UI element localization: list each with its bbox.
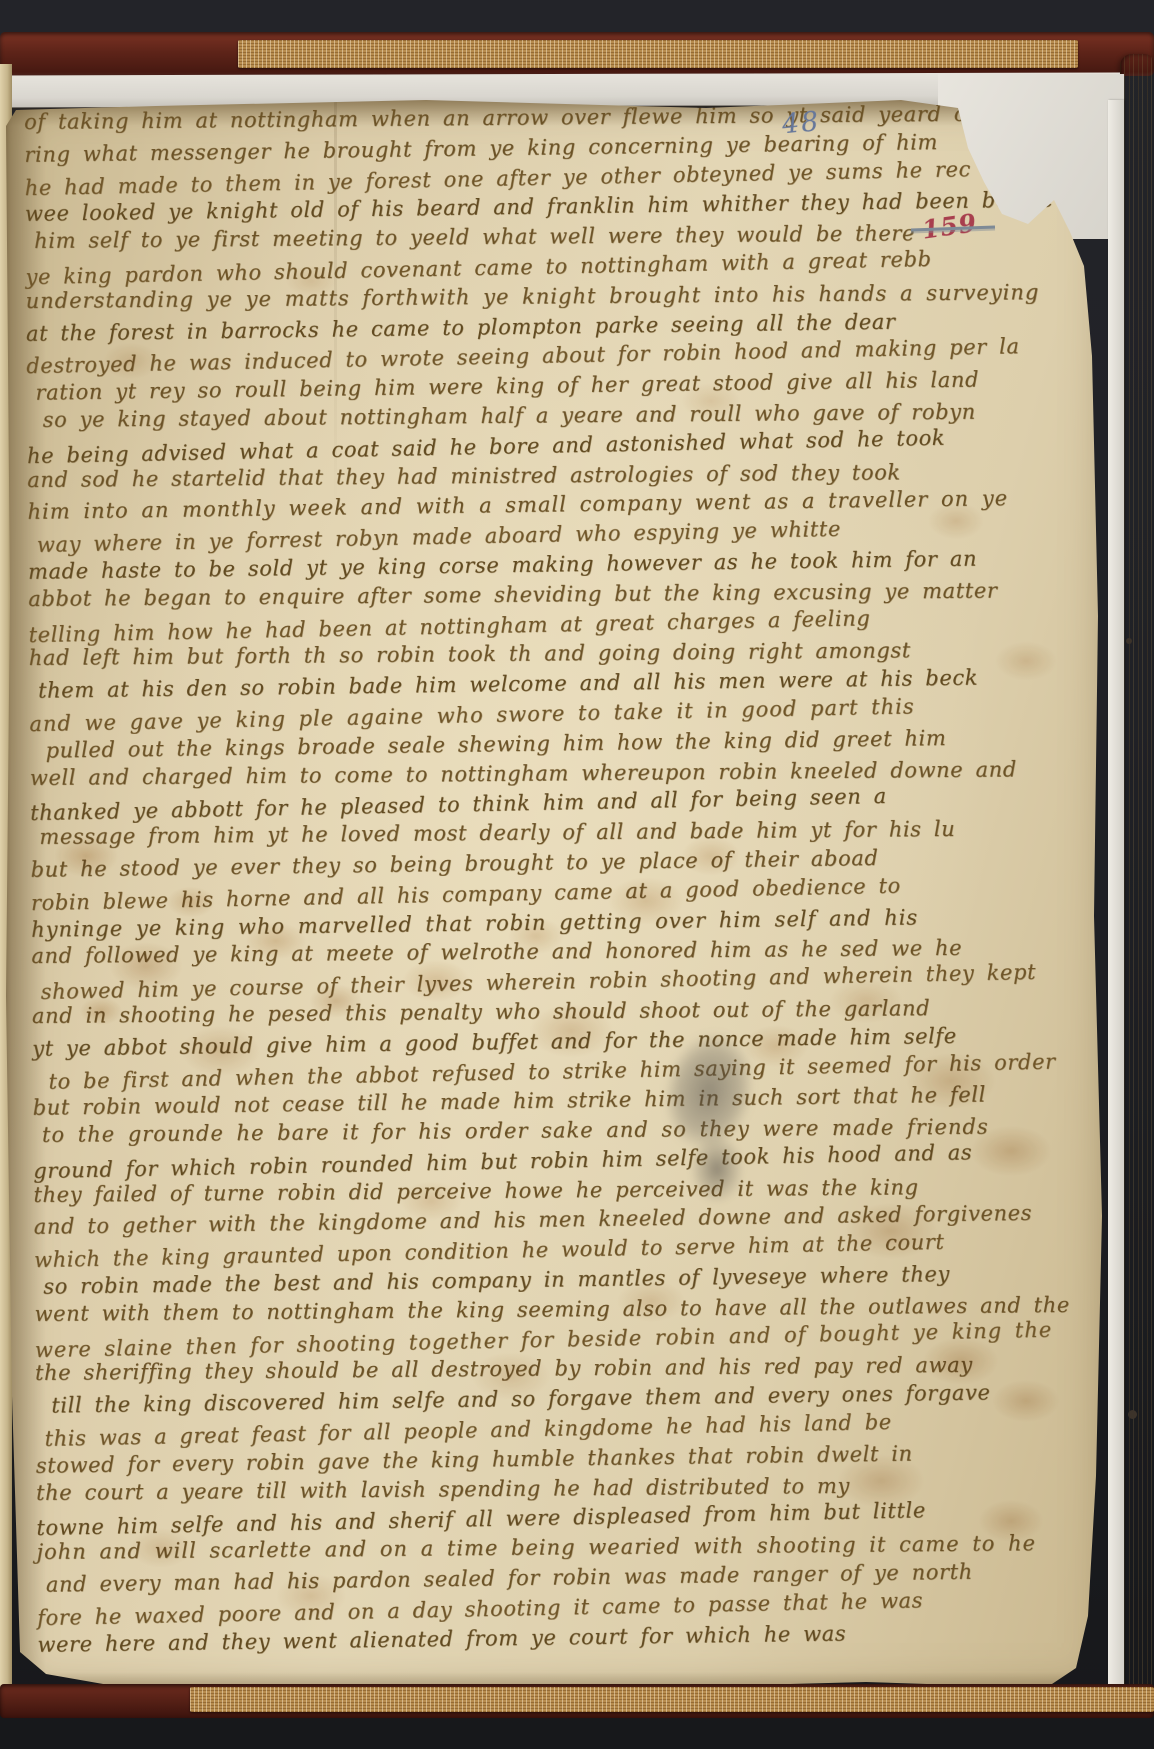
cloth-band-top <box>238 40 1078 68</box>
fore-edge-speck <box>1126 638 1132 644</box>
fore-edge-page-stack <box>1120 54 1154 1698</box>
interleaf-paper-edge-right <box>1108 100 1124 1692</box>
manuscript-page: of taking him at nottingham when an arro… <box>6 96 1112 1698</box>
manuscript-photo: of taking him at nottingham when an arro… <box>0 0 1154 1749</box>
cloth-band-bottom <box>190 1687 1154 1712</box>
foxing-stains-overlay <box>6 96 1112 1698</box>
fore-edge-speck <box>1128 1410 1137 1419</box>
